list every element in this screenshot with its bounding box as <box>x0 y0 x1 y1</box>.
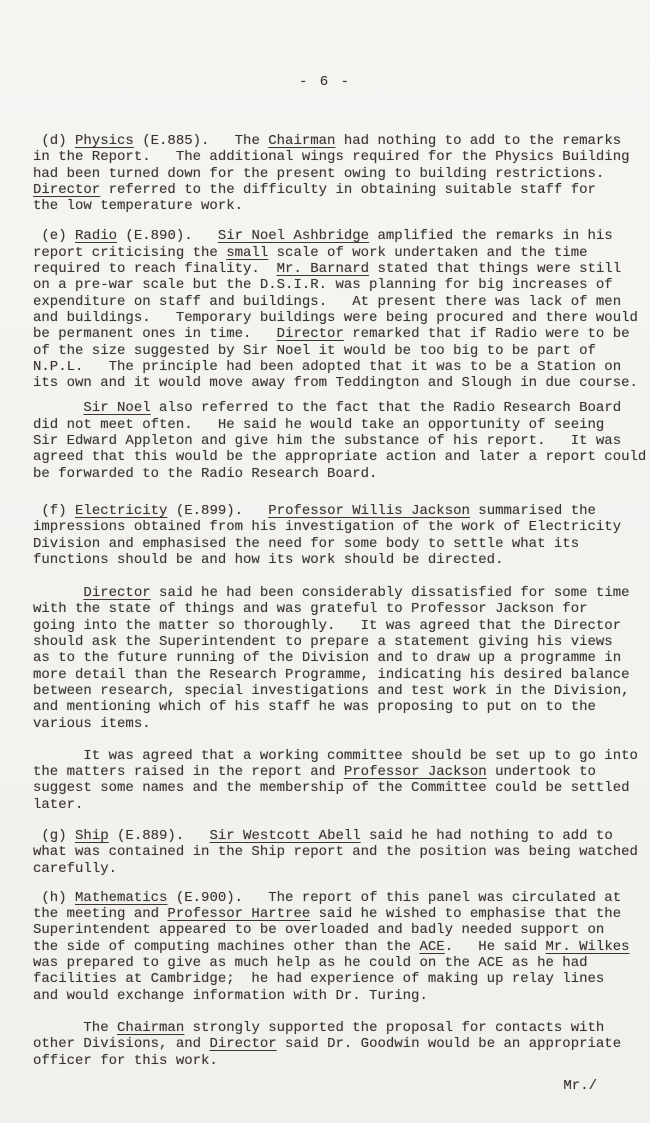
para-director-dissatisfied: Director said he had been considerably d… <box>33 585 630 732</box>
underlined-text: Sir Westcott Abell <box>209 828 360 844</box>
para-chairman-support: The Chairman strongly supported the prop… <box>33 1020 630 1069</box>
body-text: (e) <box>33 228 75 244</box>
page-number: - 6 - <box>0 74 650 90</box>
underlined-text: Mr. Wilkes <box>546 939 630 955</box>
body-text: (f) <box>33 503 75 519</box>
underlined-text: ACE <box>419 939 444 955</box>
para-item-e-radio: (e) Radio (E.890). Sir Noel Ashbridge am… <box>33 228 630 391</box>
body-text: said he had been considerably dissatisfi… <box>33 585 630 731</box>
scanned-document-page: - 6 - (d) Physics (E.885). The Chairman … <box>0 0 650 1123</box>
body-text: (g) <box>33 828 75 844</box>
underlined-text: Electricity <box>75 503 167 519</box>
underlined-text: Chairman <box>117 1020 184 1036</box>
underlined-text: Director <box>33 182 100 198</box>
underlined-text: Physics <box>75 133 134 149</box>
underlined-text: Ship <box>75 828 109 844</box>
para-sir-noel-radio-board: Sir Noel also referred to the fact that … <box>33 400 630 481</box>
underlined-text: Radio <box>75 228 117 244</box>
underlined-text: Chairman <box>268 133 335 149</box>
underlined-text: Mr. Barnard <box>277 261 369 277</box>
underlined-text: Mathematics <box>75 890 167 906</box>
body-text: (E.889). <box>109 828 210 844</box>
para-working-committee: It was agreed that a working committee s… <box>33 748 630 813</box>
para-item-f-electricity: (f) Electricity (E.899). Professor Willi… <box>33 503 630 568</box>
underlined-text: Professor Willis Jackson <box>268 503 470 519</box>
para-item-h-mathematics: (h) Mathematics (E.900). The report of t… <box>33 890 630 1004</box>
body-text: referred to the difficulty in obtaining … <box>33 182 596 214</box>
underlined-text: Professor Hartree <box>167 906 310 922</box>
body-text: (E.890). <box>117 228 218 244</box>
para-item-d-physics: (d) Physics (E.885). The Chairman had no… <box>33 133 630 214</box>
body-text: (h) <box>33 890 75 906</box>
underlined-text: Sir Noel Ashbridge <box>218 228 369 244</box>
body-text: The <box>33 1020 117 1036</box>
body-text <box>33 400 83 416</box>
body-text: . He said <box>445 939 546 955</box>
underlined-text: Director <box>277 326 344 342</box>
continuation-mark: Mr./ <box>33 1078 630 1094</box>
body-text <box>33 585 83 601</box>
underlined-text: Sir Noel <box>83 400 150 416</box>
document-body: (d) Physics (E.885). The Chairman had no… <box>33 133 630 1069</box>
underlined-text: Director <box>209 1036 276 1052</box>
body-text: was prepared to give as much help as he … <box>33 955 604 1004</box>
underlined-text: small <box>226 245 268 261</box>
body-text: (d) <box>33 133 75 149</box>
underlined-text: Director <box>83 585 150 601</box>
body-text: (E.885). The <box>134 133 268 149</box>
body-text: (E.899). <box>167 503 268 519</box>
underlined-text: Professor Jackson <box>344 764 487 780</box>
para-item-g-ship: (g) Ship (E.889). Sir Westcott Abell sai… <box>33 828 630 877</box>
